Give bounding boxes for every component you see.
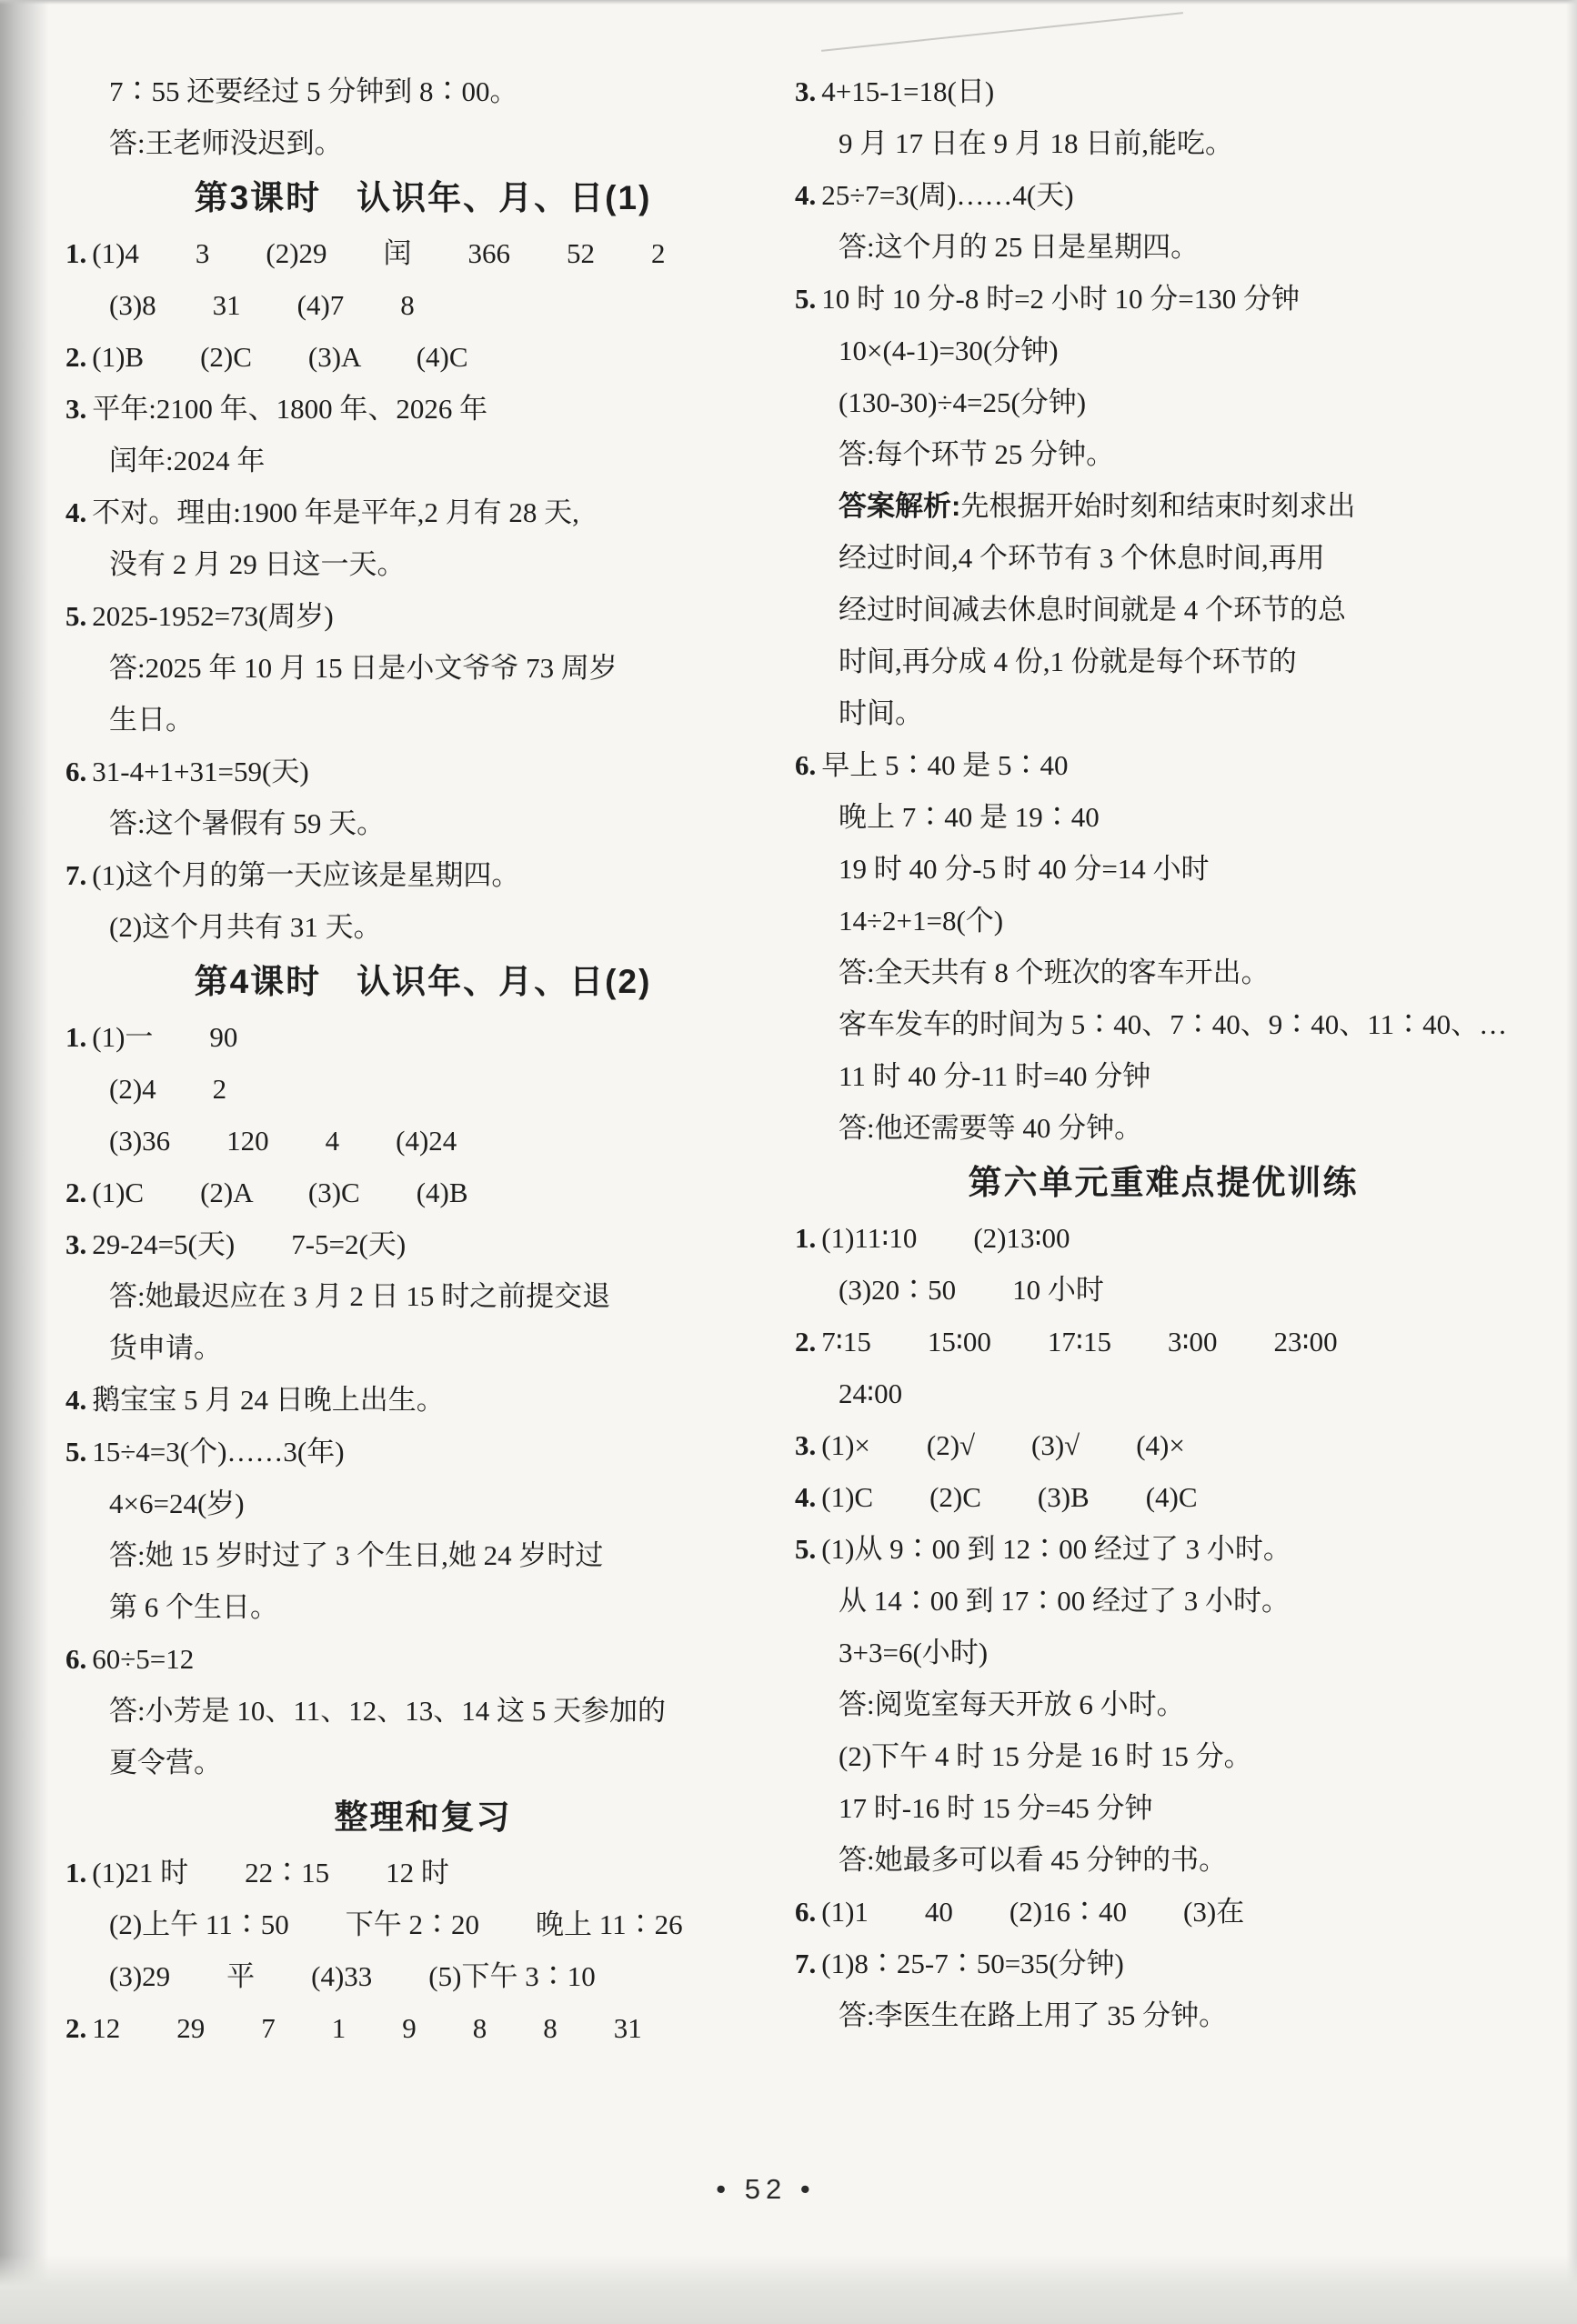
item-number: 4.	[795, 1481, 821, 1513]
answer-line: 答:王老师没迟到。	[65, 117, 780, 169]
item-number: 6.	[795, 1896, 821, 1928]
answer-text: 答:全天共有 8 个班次的客车开出。	[839, 957, 1270, 988]
item-number: 2.	[65, 1177, 92, 1208]
answer-line: 没有 2 月 29 日这一天。	[65, 538, 780, 590]
answer-text: 答:王老师没迟到。	[109, 127, 343, 159]
answer-line: 2.(1)B (2)C (3)A (4)C	[65, 331, 780, 383]
answer-line: 3+3=6(小时)	[795, 1627, 1532, 1678]
answer-text: (1)C (2)C (3)B (4)C	[821, 1481, 1197, 1513]
answer-text: (1)B (2)C (3)A (4)C	[92, 341, 467, 373]
answer-text: 答:她最迟应在 3 月 2 日 15 时之前提交退	[109, 1280, 610, 1312]
answer-text: 答:每个环节 25 分钟。	[839, 438, 1114, 470]
answer-text: 4×6=24(岁)	[109, 1488, 245, 1519]
item-number: 1.	[65, 1021, 92, 1053]
answer-line: (2)上午 11∶50 下午 2∶20 晚上 11∶26	[65, 1898, 780, 1950]
answer-line: 4.(1)C (2)C (3)B (4)C	[795, 1471, 1532, 1523]
section-header: 整理和复习	[65, 1788, 780, 1847]
answer-line: 生日。	[65, 694, 780, 746]
answer-text: (130-30)÷4=25(分钟)	[839, 386, 1086, 418]
answer-line: 6.(1)1 40 (2)16∶40 (3)在	[795, 1886, 1532, 1938]
answer-line: 闰年:2024 年	[65, 435, 780, 486]
page-top-edge	[0, 0, 1577, 5]
answer-line: 4×6=24(岁)	[65, 1478, 780, 1529]
answer-text: 平年:2100 年、1800 年、2026 年	[92, 393, 487, 425]
item-number: 1.	[65, 1857, 92, 1888]
bold-prefix: 答案解析:	[839, 490, 960, 522]
section-header: 第3课时 认识年、月、日(1)	[65, 169, 780, 227]
item-number: 1.	[65, 237, 92, 269]
answer-line: 1.(1)4 3 (2)29 闰 366 52 2	[65, 227, 780, 279]
answer-line: 货申请。	[65, 1322, 780, 1374]
answer-line: (2)这个月共有 31 天。	[65, 901, 780, 953]
answer-text: 从 14∶00 到 17∶00 经过了 3 小时。	[839, 1585, 1290, 1617]
answer-text: 3+3=6(小时)	[839, 1637, 988, 1668]
answer-text: (1)1 40 (2)16∶40 (3)在	[821, 1896, 1244, 1928]
answer-line: 6.60÷5=12	[65, 1633, 780, 1685]
answer-line: 7.(1)8∶25-7∶50=35(分钟)	[795, 1938, 1532, 1989]
answer-line: 答案解析:先根据开始时刻和结束时刻求出	[795, 480, 1532, 532]
answer-line: 答:每个环节 25 分钟。	[795, 428, 1532, 480]
item-number: 6.	[795, 749, 821, 781]
answer-line: 24∶00	[795, 1367, 1532, 1419]
answer-line: 1.(1)一 90	[65, 1011, 780, 1063]
item-number: 6.	[65, 756, 92, 787]
item-number: 2.	[65, 2012, 92, 2044]
answer-text: (1)这个月的第一天应该是星期四。	[92, 859, 519, 891]
answer-text: 时间。	[839, 697, 923, 729]
answer-text: 11 时 40 分-11 时=40 分钟	[839, 1060, 1150, 1092]
item-number: 2.	[795, 1326, 821, 1357]
scan-crease-line	[821, 12, 1183, 52]
answer-line: 6.早上 5∶40 是 5∶40	[795, 739, 1532, 791]
answer-line: 5.10 时 10 分-8 时=2 小时 10 分=130 分钟	[795, 273, 1532, 325]
answer-text: (1)× (2)√ (3)√ (4)×	[821, 1429, 1185, 1461]
answer-line: 客车发车的时间为 5∶40、7∶40、9∶40、11∶40、…	[795, 998, 1532, 1050]
answer-text: 19 时 40 分-5 时 40 分=14 小时	[839, 853, 1210, 885]
answer-text: 31-4+1+31=59(天)	[92, 756, 308, 787]
answer-text: (1)11∶10 (2)13∶00	[821, 1222, 1070, 1254]
column-left: 7∶55 还要经过 5 分钟到 8∶00。答:王老师没迟到。第3课时 认识年、月…	[65, 65, 780, 2054]
answer-text: 7∶15 15∶00 17∶15 3∶00 23∶00	[821, 1326, 1337, 1357]
item-number: 7.	[65, 859, 92, 891]
answer-text: 没有 2 月 29 日这一天。	[109, 548, 406, 580]
answer-line: 答:小芳是 10、11、12、13、14 这 5 天参加的	[65, 1685, 780, 1737]
answer-text: 经过时间,4 个环节有 3 个休息时间,再用	[839, 542, 1325, 574]
answer-text: 7∶55 还要经过 5 分钟到 8∶00。	[109, 75, 518, 107]
answer-text: (2)这个月共有 31 天。	[109, 911, 382, 943]
answer-line: 1.(1)21 时 22∶15 12 时	[65, 1847, 780, 1898]
answer-line: 时间,再分成 4 份,1 份就是每个环节的	[795, 636, 1532, 687]
item-number: 2.	[65, 341, 92, 373]
answer-text: 4+15-1=18(日)	[821, 75, 994, 107]
answer-line: 10×(4-1)=30(分钟)	[795, 325, 1532, 376]
answer-text: 答:这个月的 25 日是星期四。	[839, 231, 1199, 263]
item-number: 1.	[795, 1222, 821, 1254]
answer-line: 9 月 17 日在 9 月 18 日前,能吃。	[795, 117, 1532, 169]
answer-line: 从 14∶00 到 17∶00 经过了 3 小时。	[795, 1575, 1532, 1627]
answer-line: 7.(1)这个月的第一天应该是星期四。	[65, 849, 780, 901]
answer-text: (3)36 120 4 (4)24	[109, 1125, 457, 1157]
section-header: 第4课时 认识年、月、日(2)	[65, 953, 780, 1011]
answer-line: 1.(1)11∶10 (2)13∶00	[795, 1212, 1532, 1264]
answer-line: 答:2025 年 10 月 15 日是小文爷爷 73 周岁	[65, 642, 780, 694]
answer-line: 3.平年:2100 年、1800 年、2026 年	[65, 383, 780, 435]
answer-text: 晚上 7∶40 是 19∶40	[839, 801, 1100, 833]
answer-text: 答:她最多可以看 45 分钟的书。	[839, 1844, 1227, 1876]
answer-line: 经过时间,4 个环节有 3 个休息时间,再用	[795, 532, 1532, 584]
item-number: 3.	[795, 75, 821, 107]
answer-line: 5.15÷4=3(个)……3(年)	[65, 1426, 780, 1478]
answer-line: 答:她最迟应在 3 月 2 日 15 时之前提交退	[65, 1270, 780, 1322]
answer-text: 60÷5=12	[92, 1643, 194, 1675]
item-number: 5.	[795, 283, 821, 315]
item-number: 6.	[65, 1643, 92, 1675]
page-number-text: • 52 •	[716, 2173, 815, 2205]
answer-line: 答:她最多可以看 45 分钟的书。	[795, 1834, 1532, 1886]
answer-line: 11 时 40 分-11 时=40 分钟	[795, 1050, 1532, 1102]
answer-text: 10×(4-1)=30(分钟)	[839, 335, 1059, 366]
item-number: 5.	[65, 1436, 92, 1468]
item-number: 3.	[65, 393, 92, 425]
answer-line: 答:这个暑假有 59 天。	[65, 797, 780, 849]
answer-line: 3.29-24=5(天) 7-5=2(天)	[65, 1218, 780, 1270]
item-number: 5.	[65, 600, 92, 632]
answer-text: 25÷7=3(周)……4(天)	[821, 179, 1073, 211]
answer-text: (1)一 90	[92, 1021, 237, 1053]
answer-text: 24∶00	[839, 1377, 902, 1409]
answer-line: 答:她 15 岁时过了 3 个生日,她 24 岁时过	[65, 1529, 780, 1581]
answer-line: 2.7∶15 15∶00 17∶15 3∶00 23∶00	[795, 1316, 1532, 1367]
answer-text: 答:他还需要等 40 分钟。	[839, 1112, 1142, 1144]
answer-text: 先根据开始时刻和结束时刻求出	[960, 490, 1355, 522]
answer-text: (3)8 31 (4)7 8	[109, 289, 415, 321]
item-number: 4.	[65, 1384, 92, 1416]
answer-line: (2)4 2	[65, 1063, 780, 1115]
answer-line: 2.(1)C (2)A (3)C (4)B	[65, 1167, 780, 1218]
answer-text: (2)下午 4 时 15 分是 16 时 15 分。	[839, 1740, 1252, 1772]
answer-line: 答:他还需要等 40 分钟。	[795, 1102, 1532, 1154]
answer-text: 29-24=5(天) 7-5=2(天)	[92, 1228, 406, 1260]
answer-line: (3)36 120 4 (4)24	[65, 1115, 780, 1167]
answer-text: (1)从 9∶00 到 12∶00 经过了 3 小时。	[821, 1533, 1291, 1565]
answer-line: 6.31-4+1+31=59(天)	[65, 746, 780, 797]
binding-shadow	[0, 0, 49, 2324]
answer-text: (1)C (2)A (3)C (4)B	[92, 1177, 467, 1208]
answer-text: 答:这个暑假有 59 天。	[109, 807, 385, 839]
answer-text: (1)8∶25-7∶50=35(分钟)	[821, 1948, 1124, 1979]
answer-text: 9 月 17 日在 9 月 18 日前,能吃。	[839, 127, 1233, 159]
answer-line: 答:全天共有 8 个班次的客车开出。	[795, 947, 1532, 998]
answer-text: 10 时 10 分-8 时=2 小时 10 分=130 分钟	[821, 283, 1300, 315]
item-number: 3.	[65, 1228, 92, 1260]
item-number: 4.	[65, 496, 92, 528]
answer-line: 经过时间减去休息时间就是 4 个环节的总	[795, 584, 1532, 636]
answer-text: 鹅宝宝 5 月 24 日晚上出生。	[92, 1384, 445, 1416]
answer-text: 早上 5∶40 是 5∶40	[821, 749, 1068, 781]
item-number: 3.	[795, 1429, 821, 1461]
answer-text: 不对。理由:1900 年是平年,2 月有 28 天,	[92, 496, 579, 528]
section-header: 第六单元重难点提优训练	[795, 1154, 1532, 1212]
answer-text: (2)4 2	[109, 1073, 226, 1105]
answer-line: 2.12 29 7 1 9 8 8 31	[65, 2002, 780, 2054]
answer-line: 4.鹅宝宝 5 月 24 日晚上出生。	[65, 1374, 780, 1426]
answer-line: 19 时 40 分-5 时 40 分=14 小时	[795, 843, 1532, 895]
answer-text: 2025-1952=73(周岁)	[92, 600, 333, 632]
answer-text: 17 时-16 时 15 分=45 分钟	[839, 1792, 1153, 1824]
answer-text: (1)21 时 22∶15 12 时	[92, 1857, 449, 1888]
answer-line: 7∶55 还要经过 5 分钟到 8∶00。	[65, 65, 780, 117]
item-number: 4.	[795, 179, 821, 211]
answer-line: 3.(1)× (2)√ (3)√ (4)×	[795, 1419, 1532, 1471]
item-number: 5.	[795, 1533, 821, 1565]
answer-line: (2)下午 4 时 15 分是 16 时 15 分。	[795, 1730, 1532, 1782]
answer-line: 答:李医生在路上用了 35 分钟。	[795, 1989, 1532, 2041]
answer-line: 晚上 7∶40 是 19∶40	[795, 791, 1532, 843]
item-number: 7.	[795, 1948, 821, 1979]
answer-line: 5.(1)从 9∶00 到 12∶00 经过了 3 小时。	[795, 1523, 1532, 1575]
page-number: • 52 •	[0, 2173, 1532, 2206]
answer-line: 4.不对。理由:1900 年是平年,2 月有 28 天,	[65, 486, 780, 538]
page-right-edge	[1566, 0, 1577, 2324]
answer-text: 15÷4=3(个)……3(年)	[92, 1436, 344, 1468]
answer-text: 答:李医生在路上用了 35 分钟。	[839, 1999, 1227, 2031]
answer-text: 答:她 15 岁时过了 3 个生日,她 24 岁时过	[109, 1539, 603, 1571]
answer-text: 经过时间减去休息时间就是 4 个环节的总	[839, 594, 1346, 626]
answer-text: 闰年:2024 年	[109, 445, 265, 476]
answer-line: (3)8 31 (4)7 8	[65, 279, 780, 331]
answer-line: 3.4+15-1=18(日)	[795, 65, 1532, 117]
answer-line: (130-30)÷4=25(分钟)	[795, 376, 1532, 428]
answer-text: 客车发车的时间为 5∶40、7∶40、9∶40、11∶40、…	[839, 1008, 1507, 1040]
answer-line: 5.2025-1952=73(周岁)	[65, 590, 780, 642]
answer-text: (2)上午 11∶50 下午 2∶20 晚上 11∶26	[109, 1908, 683, 1940]
answer-text: 生日。	[109, 704, 194, 736]
answer-text: (3)20∶50 10 小时	[839, 1274, 1104, 1306]
answer-line: 14÷2+1=8(个)	[795, 895, 1532, 947]
answer-line: (3)29 平 (4)33 (5)下午 3∶10	[65, 1950, 780, 2002]
answer-text: 答:小芳是 10、11、12、13、14 这 5 天参加的	[109, 1695, 666, 1727]
answer-text: (1)4 3 (2)29 闰 366 52 2	[92, 237, 665, 269]
answer-text: 时间,再分成 4 份,1 份就是每个环节的	[839, 646, 1297, 677]
answer-line: 17 时-16 时 15 分=45 分钟	[795, 1782, 1532, 1834]
answer-text: 货申请。	[109, 1332, 222, 1364]
column-right: 3.4+15-1=18(日)9 月 17 日在 9 月 18 日前,能吃。4.2…	[795, 65, 1532, 2041]
answer-text: 14÷2+1=8(个)	[839, 905, 1003, 937]
answer-text: 答:阅览室每天开放 6 小时。	[839, 1688, 1185, 1720]
answer-line: 时间。	[795, 687, 1532, 739]
workbook-page: 7∶55 还要经过 5 分钟到 8∶00。答:王老师没迟到。第3课时 认识年、月…	[0, 0, 1577, 2324]
answer-text: (3)29 平 (4)33 (5)下午 3∶10	[109, 1960, 596, 1992]
answer-line: 答:阅览室每天开放 6 小时。	[795, 1678, 1532, 1730]
answer-text: 12 29 7 1 9 8 8 31	[92, 2012, 642, 2044]
answer-line: 第 6 个生日。	[65, 1581, 780, 1633]
answer-line: 答:这个月的 25 日是星期四。	[795, 221, 1532, 273]
answer-line: 4.25÷7=3(周)……4(天)	[795, 169, 1532, 221]
answer-line: 夏令营。	[65, 1737, 780, 1788]
answer-text: 答:2025 年 10 月 15 日是小文爷爷 73 周岁	[109, 652, 618, 684]
answer-line: (3)20∶50 10 小时	[795, 1264, 1532, 1316]
answer-text: 夏令营。	[109, 1747, 222, 1778]
answer-text: 第 6 个生日。	[109, 1591, 278, 1623]
page-bottom-edge	[0, 2255, 1577, 2324]
